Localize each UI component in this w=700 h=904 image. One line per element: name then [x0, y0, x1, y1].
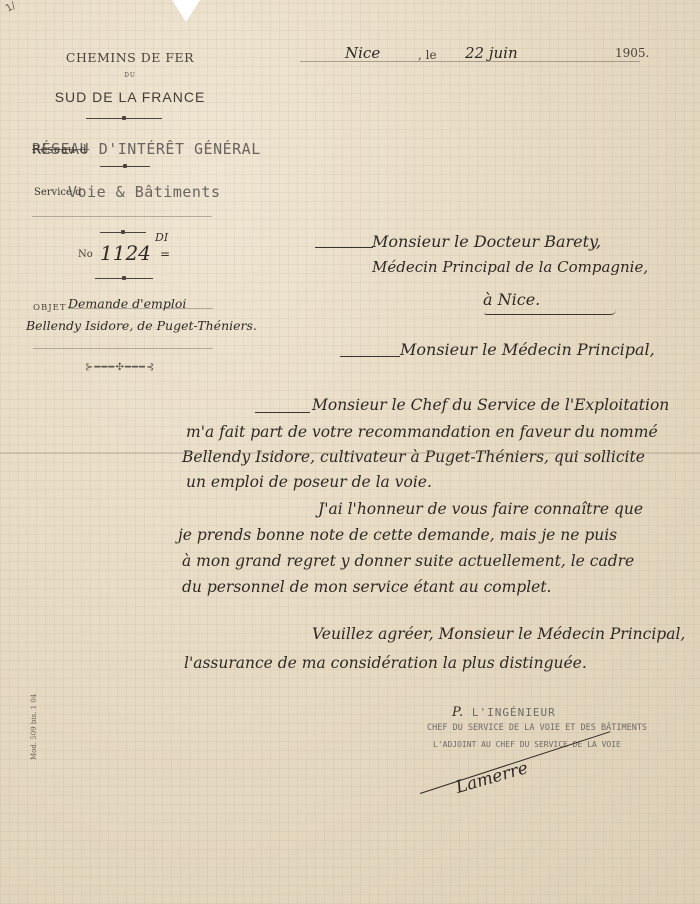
body-paragraph2-line3: à mon grand regret y donner suite actuel…: [182, 552, 634, 570]
field-underline: [33, 348, 213, 349]
recipient-line3: à Nice.: [483, 290, 540, 309]
field-underline: [32, 216, 212, 217]
closing-line1: Veuillez agréer, Monsieur le Médecin Pri…: [312, 625, 685, 643]
per-procuration-mark: P.: [452, 705, 464, 720]
body-paragraph1-line3: Bellendy Isidore, cultivateur à Puget-Th…: [182, 448, 645, 466]
divider-rule: [100, 166, 150, 167]
body-paragraph2-line2: je prends bonne note de cette demande, m…: [178, 526, 617, 544]
service-printed-label: Service d: [34, 187, 82, 198]
company-name-line2: SUD DE LA FRANCE: [20, 89, 240, 105]
ornament-divider: ⊱━━━✣━━━⊰: [85, 362, 155, 373]
date-city: Nice: [345, 44, 380, 62]
body-paragraph2-line4: du personnel de mon service étant au com…: [182, 578, 552, 596]
body-paragraph1-line2: m'a fait part de votre recommandation en…: [186, 423, 658, 441]
body-paragraph2-line1: J'ai l'honneur de vous faire connaître q…: [318, 500, 643, 518]
reference-number: 1124: [100, 241, 151, 265]
form-model-number: Mod. 509 bis. 1 04: [30, 694, 38, 760]
date-le: , le: [418, 48, 437, 62]
objet-value-line2: Bellendy Isidore, de Puget-Théniers.: [26, 318, 257, 333]
recipient-flourish: [484, 310, 616, 315]
salutation: Monsieur le Médecin Principal,: [400, 340, 655, 359]
objet-label: OBJET: [33, 303, 67, 313]
service-field: Service d Voie & Bâtiments: [34, 183, 221, 201]
divider-rule: [100, 232, 146, 233]
signature-stamp-line3: L'ADJOINT AU CHEF DU SERVICE DE LA VOIE: [433, 740, 621, 749]
paragraph-leader-line: [255, 412, 310, 413]
recipient-leader-line: [315, 247, 373, 248]
recipient-line1: Monsieur le Docteur Barety,: [372, 232, 601, 251]
closing-line2: l'assurance de ma considération la plus …: [184, 654, 587, 672]
stamp-title: L'INGÉNIEUR: [472, 706, 556, 719]
number-annotation: DI: [155, 231, 168, 244]
number-label: No: [78, 249, 93, 260]
reseau-stamp: D'INTÉRÊT GÉNÉRAL: [99, 140, 261, 158]
field-underline: [68, 308, 213, 309]
date-day-month: 22 juin: [465, 44, 518, 62]
date-year: 1905.: [615, 46, 649, 60]
reseau-field: RÉSEAU D'INTÉRÊT GÉNÉRAL Réseau d: [32, 140, 261, 158]
body-paragraph1-line4: un emploi de poseur de la voie.: [186, 473, 432, 491]
divider-rule: [95, 278, 153, 279]
number-annotation-mark: =: [160, 247, 170, 261]
signature-stamp-line1: P. L'INGÉNIEUR: [452, 705, 556, 720]
paper-tear: [172, 0, 200, 22]
divider-rule: [86, 118, 162, 119]
recipient-line2: Médecin Principal de la Compagnie,: [372, 258, 648, 276]
signature-stamp-line2: CHEF DU SERVICE DE LA VOIE ET DES BÂTIME…: [427, 723, 647, 733]
body-paragraph1-line1: Monsieur le Chef du Service de l'Exploit…: [312, 396, 669, 414]
company-name-line1: CHEMINS DE FER: [20, 50, 240, 65]
salutation-leader-line: [340, 356, 400, 357]
reseau-printed-label: Réseau d: [32, 143, 87, 156]
service-stamp: Voie & Bâtiments: [68, 183, 221, 201]
company-name-du: DU: [20, 72, 240, 79]
